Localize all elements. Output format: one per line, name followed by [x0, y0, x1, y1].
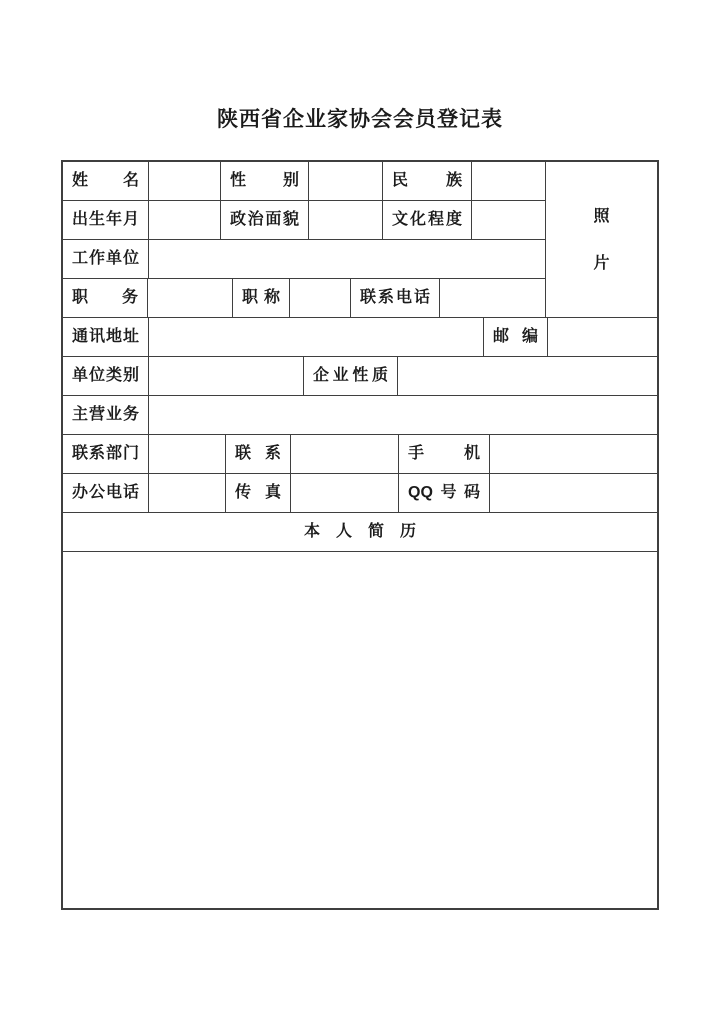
ethnicity-value	[472, 162, 545, 200]
education-label: 文化程度	[383, 201, 472, 239]
work-unit-value	[149, 240, 545, 278]
political-status-label: 政治面貌	[221, 201, 309, 239]
education-value	[472, 201, 545, 239]
mailing-address-value	[149, 318, 484, 356]
row-category-nature: 单位类别 企业性质	[63, 357, 657, 396]
photo-label: 照片	[593, 193, 611, 287]
professional-title-label: 职称	[233, 279, 290, 317]
row-birth-political-education: 出生年月 政治面貌 文化程度	[63, 201, 545, 240]
resume-header: 本 人 简 历	[63, 513, 657, 551]
row-work-unit: 工作单位	[63, 240, 545, 279]
contact-person-value	[291, 435, 399, 473]
political-status-value	[309, 201, 383, 239]
contact-department-value	[149, 435, 226, 473]
contact-person-label: 联系人	[226, 435, 291, 473]
row-name-gender-ethnicity: 姓名 性别 民族	[63, 162, 545, 201]
position-value	[148, 279, 233, 317]
row-resume-header: 本 人 简 历	[63, 513, 657, 552]
gender-value	[309, 162, 383, 200]
row-resume-content	[63, 552, 657, 908]
contact-department-label: 联系部门	[63, 435, 149, 473]
mobile-label: 手机	[399, 435, 490, 473]
name-value	[149, 162, 221, 200]
row-address-postal: 通讯地址 邮编	[63, 318, 657, 357]
work-unit-label: 工作单位	[63, 240, 149, 278]
main-business-label: 主营业务	[63, 396, 149, 434]
main-business-value	[149, 396, 657, 434]
office-phone-label: 办公电话	[63, 474, 149, 512]
contact-phone-value	[440, 279, 545, 317]
enterprise-nature-label: 企业性质	[304, 357, 398, 395]
photo-cell: 照片	[545, 162, 657, 318]
resume-content-area	[63, 552, 657, 908]
row-position-title-phone: 职务 职称 联系电话	[63, 279, 545, 318]
row-main-business: 主营业务	[63, 396, 657, 435]
form-title: 陕西省企业家协会会员登记表	[0, 106, 720, 133]
unit-category-value	[149, 357, 304, 395]
row-department-person-mobile: 联系部门 联系人 手机	[63, 435, 657, 474]
birth-date-label: 出生年月	[63, 201, 149, 239]
gender-label: 性别	[221, 162, 309, 200]
position-label: 职务	[63, 279, 148, 317]
office-phone-value	[149, 474, 226, 512]
birth-date-value	[149, 201, 221, 239]
registration-form-page: 陕西省企业家协会会员登记表 照片 姓名 性别 民族 出生年月 政治面貌 文化程度…	[0, 0, 720, 1018]
mailing-address-label: 通讯地址	[63, 318, 149, 356]
professional-title-value	[290, 279, 351, 317]
fax-value	[291, 474, 399, 512]
name-label: 姓名	[63, 162, 149, 200]
qq-number-label: QQ号码	[399, 474, 490, 512]
registration-form-table: 照片 姓名 性别 民族 出生年月 政治面貌 文化程度 工作单位 职务 职称	[61, 160, 659, 910]
ethnicity-label: 民族	[383, 162, 472, 200]
mobile-value	[490, 435, 657, 473]
postal-code-label: 邮编	[484, 318, 548, 356]
row-office-fax-qq: 办公电话 传真 QQ号码	[63, 474, 657, 513]
unit-category-label: 单位类别	[63, 357, 149, 395]
enterprise-nature-value	[398, 357, 657, 395]
fax-label: 传真	[226, 474, 291, 512]
contact-phone-label: 联系电话	[351, 279, 440, 317]
postal-code-value	[548, 318, 657, 356]
qq-number-value	[490, 474, 657, 512]
